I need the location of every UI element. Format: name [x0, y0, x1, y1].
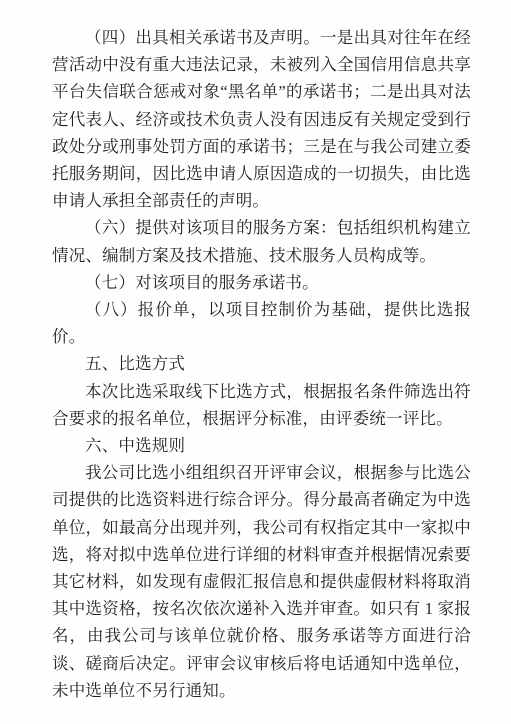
paragraph-selection-method-body: 本次比选采取线下比选方式，根据报名条件筛选出符合要求的报名单位，根据评分标准，由… [52, 378, 471, 432]
paragraph-commitment-letters: （四）出具相关承诺书及声明。一是出具对往年在经营活动中没有重大违法记录，未被列入… [52, 24, 471, 214]
paragraph-service-commitment: （七）对该项目的服务承诺书。 [52, 269, 471, 296]
paragraph-service-plan: （六）提供对该项目的服务方案：包括组织机构建立情况、编制方案及技术措施、技术服务… [52, 214, 471, 268]
paragraph-winning-rules-body: 我公司比选小组组织召开评审会议，根据参与比选公司提供的比选资料进行综合评分。得分… [52, 459, 471, 704]
section-heading-winning-rules: 六、中选规则 [52, 432, 471, 459]
paragraph-quotation: （八）报价单，以项目控制价为基础，提供比选报价。 [52, 296, 471, 350]
document-page: （四）出具相关承诺书及声明。一是出具对往年在经营活动中没有重大违法记录，未被列入… [0, 0, 511, 724]
section-heading-selection-method: 五、比选方式 [52, 350, 471, 377]
document-text-block: （四）出具相关承诺书及声明。一是出具对往年在经营活动中没有重大违法记录，未被列入… [52, 24, 471, 704]
